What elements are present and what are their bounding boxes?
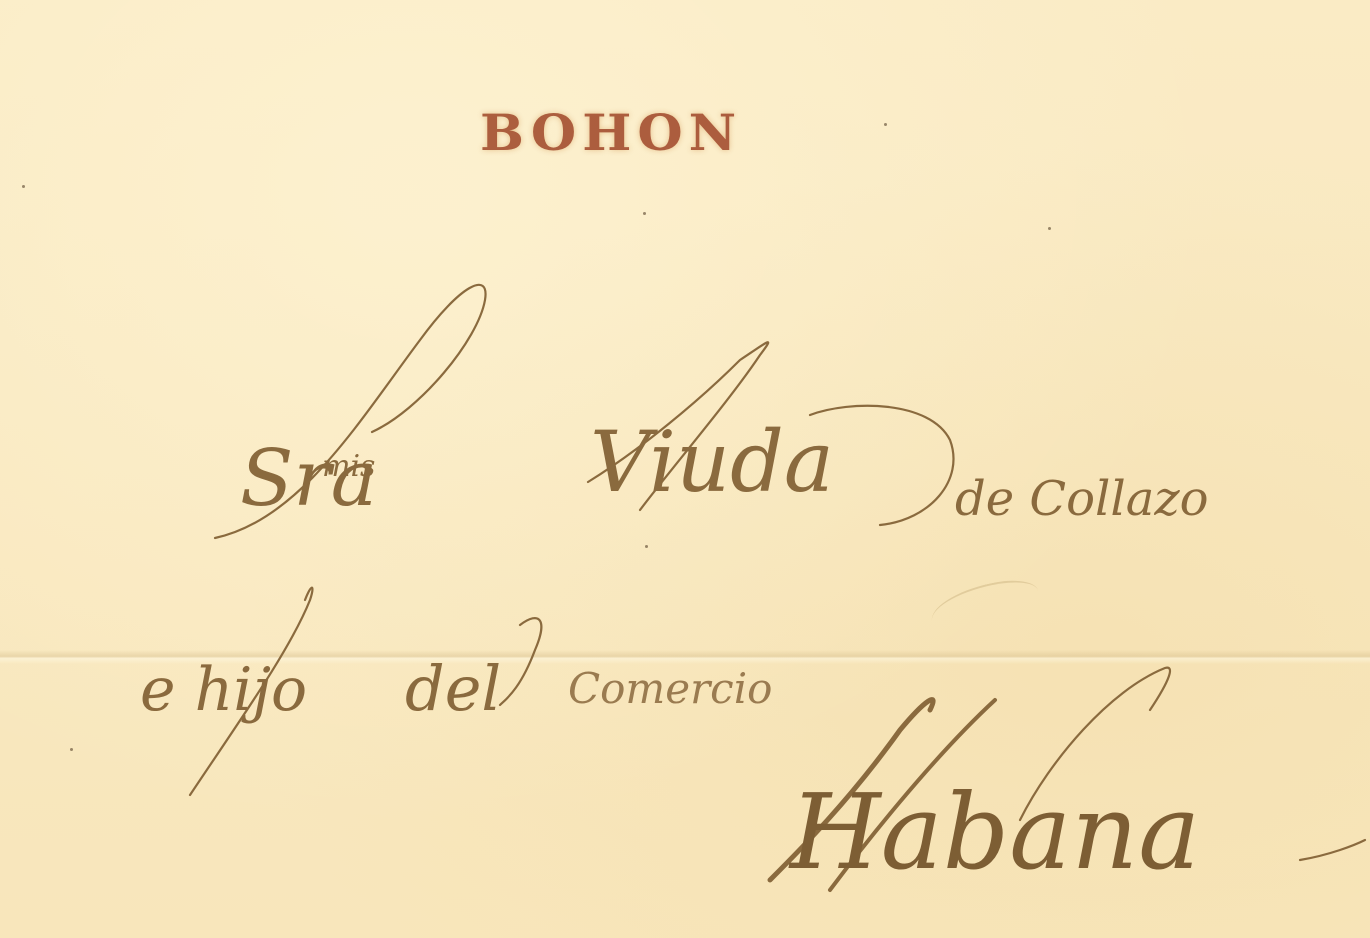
address-line2-comercio: Comercio: [568, 668, 772, 710]
address-city: Habana: [790, 780, 1200, 884]
ink-speck: [884, 123, 887, 126]
address-salutation-superscript: mis: [322, 452, 375, 482]
handstamp-postmark: BOHON: [480, 109, 742, 158]
address-recipient-surname: de Collazo: [955, 475, 1209, 523]
ink-speck: [1048, 227, 1051, 230]
address-line2-del: del: [405, 658, 501, 720]
ink-speck: [22, 185, 25, 188]
ink-speck: [70, 748, 73, 751]
address-recipient: Viuda: [590, 420, 834, 504]
address-line2-ehijo: e hijo: [140, 660, 307, 720]
ink-speck: [643, 212, 646, 215]
ink-speck: [645, 545, 648, 548]
